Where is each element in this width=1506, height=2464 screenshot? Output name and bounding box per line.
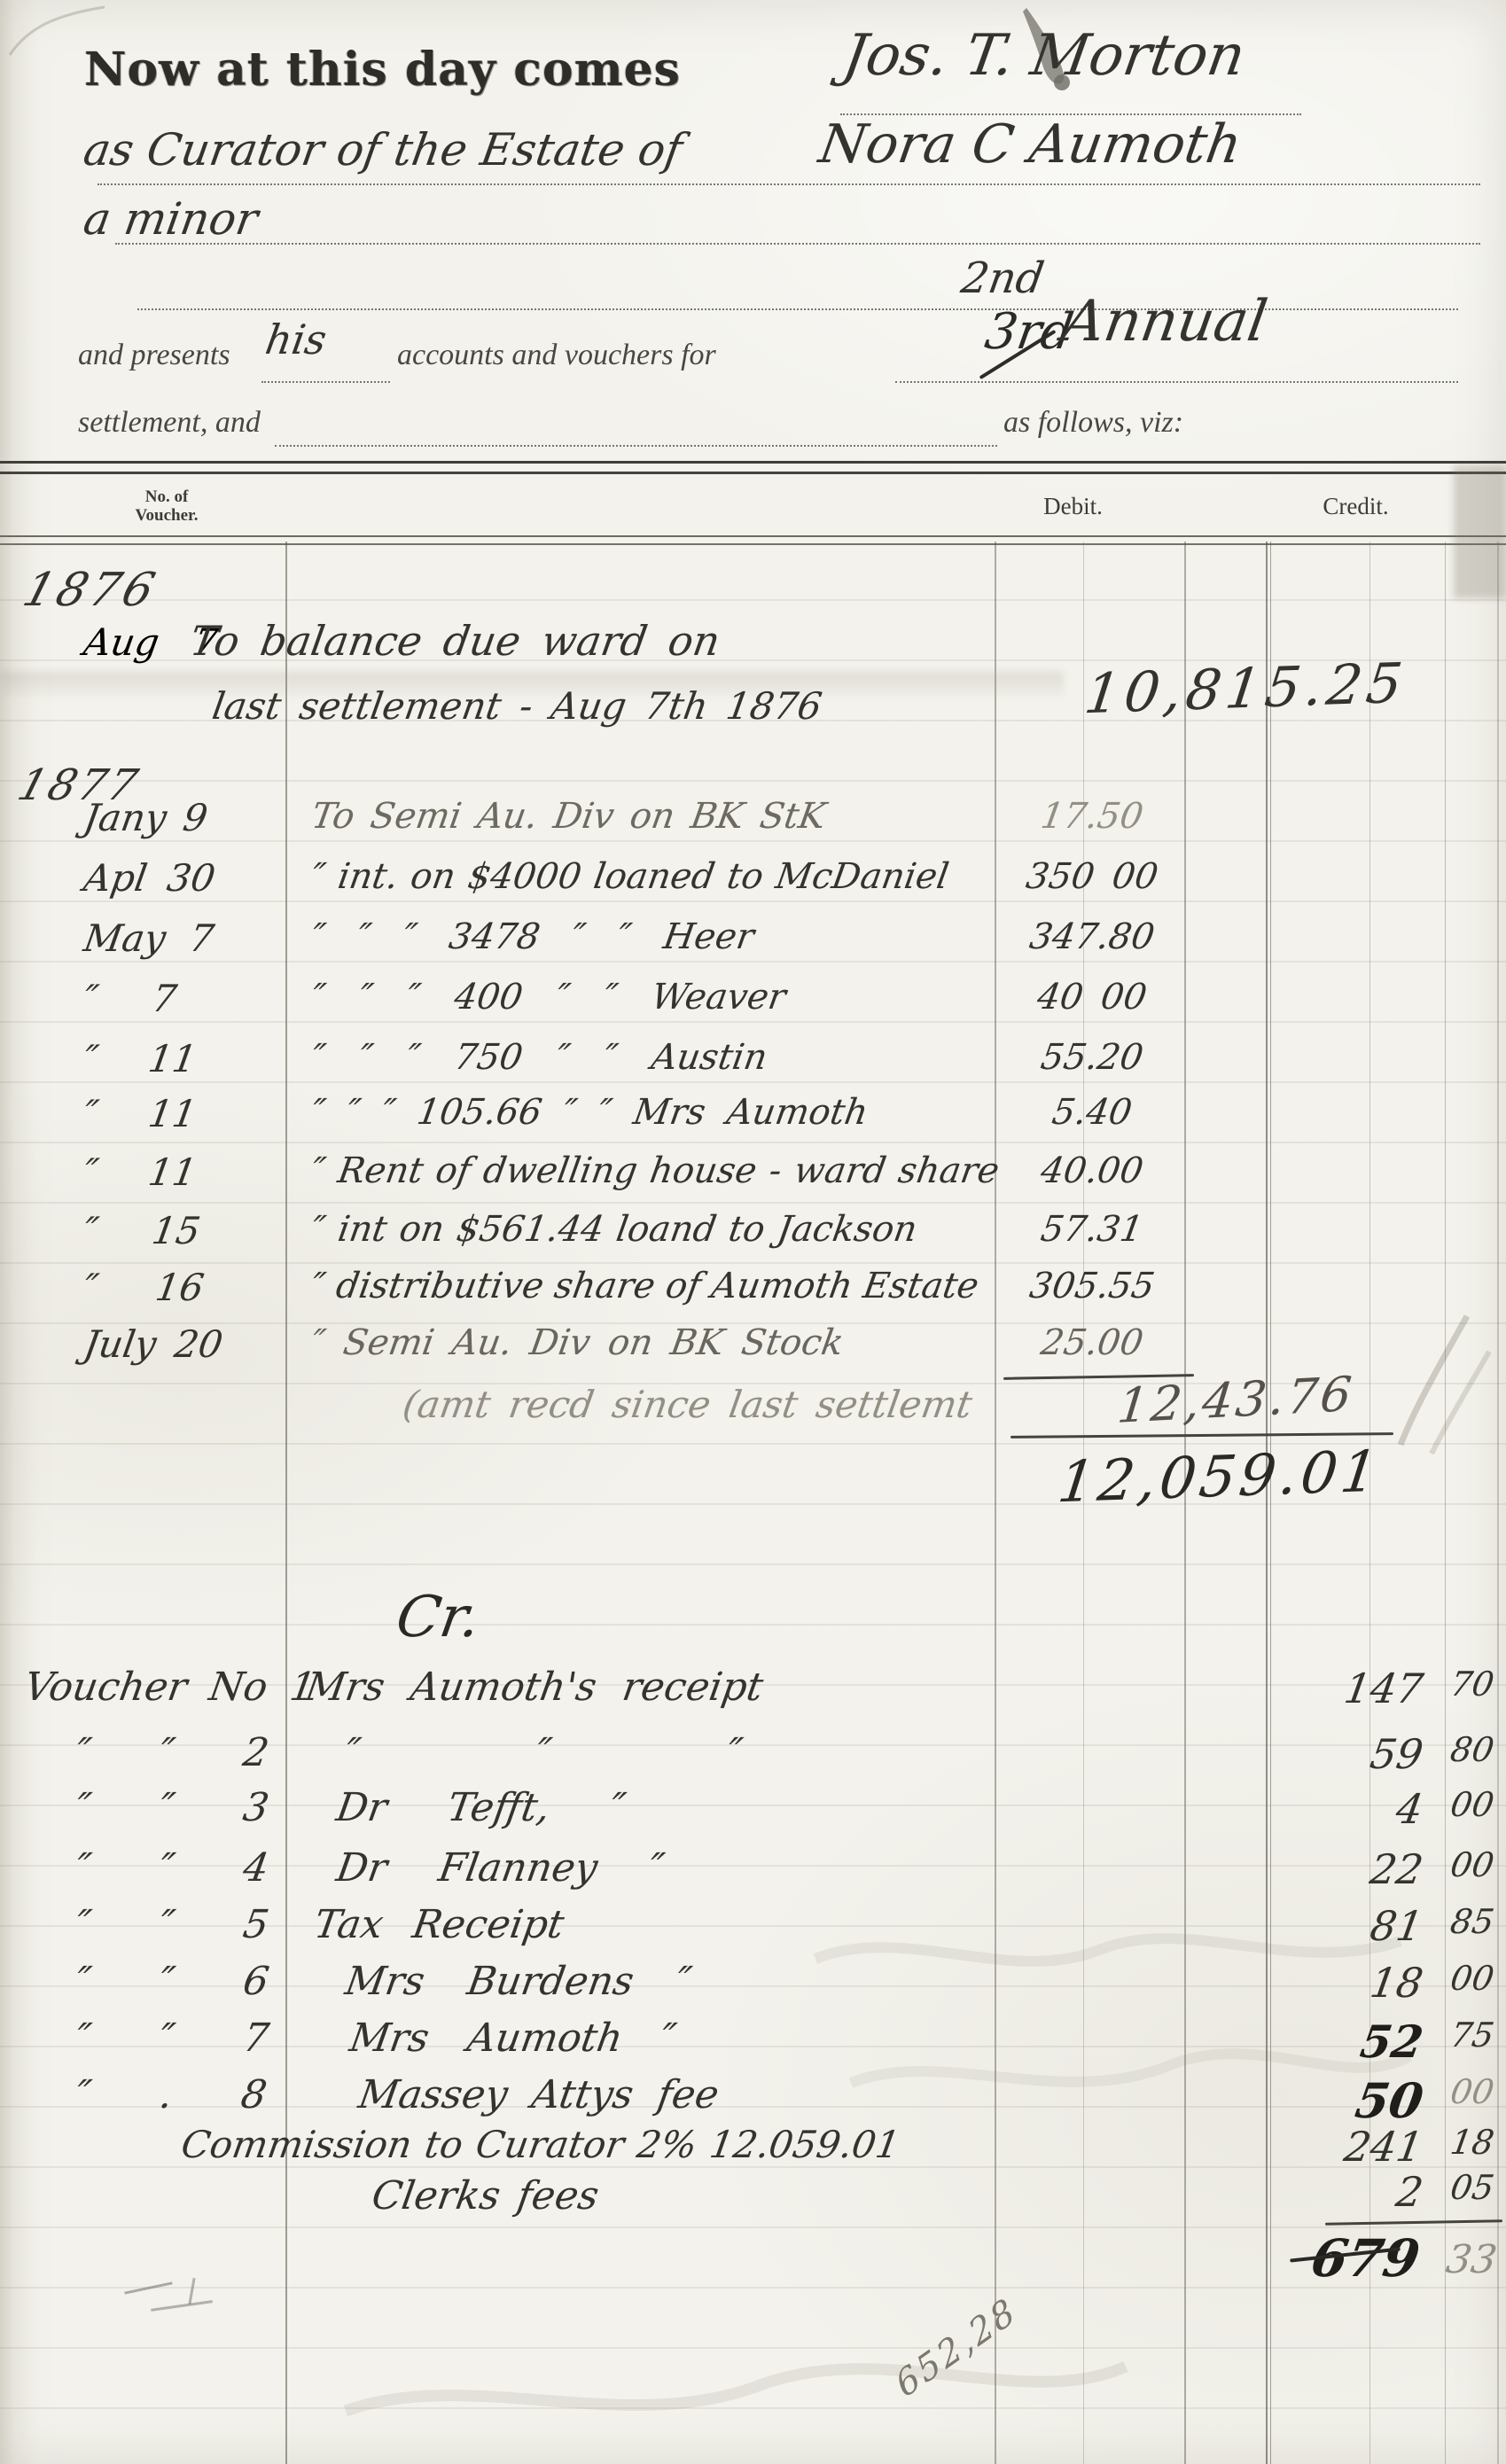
ledger-row: July 20 ″ Semi Au. Div on BK Stock 25.00 bbox=[0, 1322, 1506, 1376]
debit-amount-cell: 40.00 bbox=[995, 1150, 1189, 1191]
credit-dollars-cell: 147 bbox=[1264, 1665, 1427, 1712]
voucher-row: ″ ″ 7 Mrs Aumoth ″ 52 75 bbox=[0, 2016, 1506, 2069]
table-header-bottom-rule bbox=[0, 535, 1506, 545]
pencil-scribble bbox=[151, 2300, 213, 2312]
description-cell: ″ int. on $4000 loaned to McDaniel bbox=[308, 856, 1006, 897]
description-cell: ″ ″ ″ 400 ″ ″ Weaver bbox=[308, 977, 1006, 1018]
clerks-fees-label: Clerks fees bbox=[369, 2173, 602, 2218]
voucher-number-cell: ″ ″ 4 bbox=[21, 1845, 346, 1891]
voucher-header-line1: No. of bbox=[96, 487, 238, 506]
credit-cents-cell: 85 bbox=[1439, 1902, 1506, 1941]
form-rule-dotted bbox=[115, 243, 1480, 245]
date-cell: ″ 15 bbox=[81, 1209, 287, 1252]
ledger-row: ″ 15 ″ int on $561.44 loand to Jackson 5… bbox=[0, 1209, 1506, 1262]
debit-total-amount: 12,059.01 bbox=[1055, 1439, 1385, 1517]
voucher-row: ″ ″ 2 ″ ″ ″ 59 80 bbox=[0, 1730, 1506, 1783]
credit-dollars-cell: 241 bbox=[1264, 2123, 1427, 2171]
pencil-scribble bbox=[124, 2281, 172, 2294]
form-rule-dotted bbox=[275, 445, 997, 447]
ordinal-correction: 2nd bbox=[958, 253, 1048, 303]
description-cell: Tax Receipt bbox=[302, 1902, 956, 1947]
pencil-scribble bbox=[188, 2278, 195, 2304]
credit-column-header: Credit. bbox=[1296, 493, 1416, 520]
credit-cents-cell: 18 bbox=[1439, 2123, 1506, 2162]
voucher-row: ″ ″ 5 Tax Receipt 81 85 bbox=[0, 1902, 1506, 1955]
debit-amount-cell: 55.20 bbox=[995, 1037, 1189, 1078]
date-cell: ″ 11 bbox=[81, 1037, 287, 1080]
credit-section-heading: Cr. bbox=[392, 1585, 485, 1650]
ledger-row: Apl 30 ″ int. on $4000 loaned to McDanie… bbox=[0, 856, 1506, 909]
credit-dollars-cell: 50 bbox=[1263, 2072, 1427, 2129]
voucher-header-line2: Voucher. bbox=[96, 506, 238, 525]
voucher-number-cell: ″ . 8 bbox=[21, 2072, 346, 2117]
minor-note: a minor bbox=[80, 193, 261, 245]
description-cell: ″ distributive share of Aumoth Estate bbox=[308, 1266, 1006, 1306]
description-cell: ″ int on $561.44 loand to Jackson bbox=[308, 1209, 1006, 1250]
curator-name-handwritten: Jos. T. Morton bbox=[839, 23, 1250, 89]
clerks-fees-row: Clerks fees 2 05 bbox=[0, 2173, 1506, 2226]
description-cell: Mrs Aumoth ″ bbox=[302, 2016, 992, 2061]
credit-dollars-cell: 2 bbox=[1264, 2168, 1427, 2216]
voucher-number-cell: ″ ″ 2 bbox=[21, 1730, 346, 1775]
voucher-row: ″ . 8 Massey Attys fee 50 00 bbox=[0, 2072, 1506, 2125]
credit-cents-cell: 05 bbox=[1439, 2168, 1506, 2207]
credit-cents-cell: 00 bbox=[1439, 1845, 1506, 1884]
debit-amount-cell: 350 00 bbox=[995, 856, 1189, 897]
curator-role-line: as Curator of the Estate of bbox=[80, 124, 685, 175]
form-rule-dotted bbox=[98, 183, 1480, 185]
voucher-row: ″ ″ 3 Dr Tefft, ″ 4 00 bbox=[0, 1785, 1506, 1838]
date-cell: Apl 30 bbox=[81, 856, 287, 900]
date-cell: ″ 16 bbox=[81, 1266, 287, 1309]
credit-cents-cell: 00 bbox=[1439, 1785, 1506, 1824]
description-cell: Mrs Burdens ″ bbox=[302, 1959, 987, 2004]
printed-settlement-text: settlement, and bbox=[78, 406, 261, 440]
debit-amount-cell: 305.55 bbox=[995, 1266, 1189, 1306]
ledger-row: May 7 ″ ″ ″ 3478 ″ ″ Heer 347.80 bbox=[0, 916, 1506, 970]
voucher-number-cell: ″ ″ 6 bbox=[21, 1959, 346, 2004]
description-cell: To Semi Au. Div on BK StK bbox=[308, 796, 1006, 837]
description-cell: Massey Attys fee bbox=[302, 2072, 1001, 2117]
form-rule-dotted bbox=[261, 381, 390, 383]
debit-amount-large: 10,815.25 bbox=[1081, 651, 1410, 727]
voucher-row: ″ ″ 4 Dr Flanney ″ 22 00 bbox=[0, 1845, 1506, 1899]
voucher-number-cell: Voucher No 1 bbox=[21, 1665, 294, 1710]
table-top-rule bbox=[0, 461, 1506, 474]
debit-column-header: Debit. bbox=[1018, 493, 1128, 520]
debit-amount-cell: 5.40 bbox=[995, 1092, 1189, 1133]
ledger-row: Jany 9 To Semi Au. Div on BK StK 17.50 bbox=[0, 796, 1506, 849]
ledger-page: Now at this day comes Jos. T. Morton as … bbox=[0, 0, 1506, 2464]
debit-amount-cell: 57.31 bbox=[995, 1209, 1189, 1250]
credit-dollars-cell: 52 bbox=[1263, 2016, 1426, 2068]
description-cell: Mrs Aumoth's receipt bbox=[302, 1665, 948, 1710]
credit-cents-cell: 80 bbox=[1439, 1730, 1506, 1769]
voucher-row: ″ ″ 6 Mrs Burdens ″ 18 00 bbox=[0, 1959, 1506, 2012]
credit-cents-cell: 00 bbox=[1439, 2072, 1506, 2111]
voucher-number-cell: ″ ″ 3 bbox=[21, 1785, 346, 1830]
printed-heading: Now at this day comes bbox=[84, 43, 681, 97]
ledger-row: ″ 11 ″ Rent of dwelling house - ward sha… bbox=[0, 1150, 1506, 1204]
form-rule-dotted bbox=[895, 381, 1458, 383]
credit-dollars-cell: 59 bbox=[1264, 1730, 1427, 1778]
description-cell: ″ ″ ″ 105.66 ″ ″ Mrs Aumoth bbox=[308, 1092, 1006, 1133]
year-label-1876: 1876 bbox=[17, 564, 164, 617]
voucher-row: Voucher No 1 Mrs Aumoth's receipt 147 70 bbox=[0, 1665, 1506, 1718]
subtotal-label: (amt recd since last settlemt bbox=[400, 1383, 975, 1426]
pencil-margin-note: 652,28 bbox=[889, 2289, 1024, 2406]
debit-amount-cell: 40 00 bbox=[995, 977, 1189, 1018]
annual-handwritten: Annual bbox=[1058, 289, 1271, 355]
debit-amount-cell: 17.50 bbox=[995, 796, 1189, 837]
description-cell: ″ ″ ″ 750 ″ ″ Austin bbox=[308, 1037, 1006, 1078]
date-cell: Jany 9 bbox=[81, 796, 287, 839]
printed-presents-text: and presents bbox=[78, 339, 230, 372]
description-cell: Dr Flanney ″ bbox=[302, 1845, 979, 1891]
description-cell: ″ Semi Au. Div on BK Stock bbox=[308, 1322, 1006, 1363]
description-cell: ″ ″ ″ 3478 ″ ″ Heer bbox=[308, 916, 1006, 957]
his-handwritten: his bbox=[262, 316, 331, 363]
description-cell: ″ Rent of dwelling house - ward share bbox=[308, 1150, 1006, 1191]
printed-vouchers-text: accounts and vouchers for bbox=[397, 339, 716, 372]
debit-amount-cell: 25.00 bbox=[995, 1322, 1189, 1363]
description-cell-line2: last settlement - Aug 7th 1876 bbox=[209, 684, 824, 728]
description-cell: To balance due ward on bbox=[187, 617, 723, 665]
voucher-number-cell: ″ ″ 7 bbox=[21, 2016, 346, 2061]
voucher-column-header: No. of Voucher. bbox=[96, 487, 238, 525]
commission-label: Commission to Curator 2% 12.059.01 bbox=[178, 2123, 903, 2166]
credit-cents-cell: 70 bbox=[1439, 1665, 1506, 1704]
voucher-number-cell: ″ ″ 5 bbox=[21, 1902, 346, 1947]
ledger-row: ″ 16 ″ distributive share of Aumoth Esta… bbox=[0, 1266, 1506, 1319]
credit-dollars-cell: 4 bbox=[1264, 1785, 1427, 1833]
date-cell: July 20 bbox=[81, 1322, 287, 1366]
credit-dollars-cell: 81 bbox=[1264, 1902, 1427, 1950]
credit-dollars-cell: 18 bbox=[1264, 1959, 1427, 2007]
date-cell: ″ 7 bbox=[81, 977, 287, 1020]
description-cell: ″ ″ ″ bbox=[302, 1730, 987, 1775]
ledger-row: ″ 11 ″ ″ ″ 750 ″ ″ Austin 55.20 bbox=[0, 1037, 1506, 1090]
date-cell: May 7 bbox=[81, 916, 287, 960]
credit-dollars-cell: 22 bbox=[1264, 1845, 1427, 1893]
credit-total-cents: 33 bbox=[1443, 2237, 1500, 2282]
debit-amount-cell: 347.80 bbox=[995, 916, 1189, 957]
date-cell: ″ 11 bbox=[81, 1092, 287, 1135]
sum-underline bbox=[1011, 1432, 1393, 1439]
credit-cents-cell: 00 bbox=[1439, 1959, 1506, 1998]
ledger-row: ″ 7 ″ ″ ″ 400 ″ ″ Weaver 40 00 bbox=[0, 977, 1506, 1030]
date-cell: ″ 11 bbox=[81, 1150, 287, 1194]
subtotal-amount: 12,43.76 bbox=[1115, 1366, 1357, 1434]
ledger-row: ″ 11 ″ ″ ″ 105.66 ″ ″ Mrs Aumoth 5.40 bbox=[0, 1092, 1506, 1145]
printed-as-follows-text: as follows, viz: bbox=[1003, 406, 1183, 440]
credit-cents-cell: 75 bbox=[1439, 2016, 1506, 2055]
description-cell: Dr Tefft, ″ bbox=[302, 1785, 979, 1830]
estate-name-handwritten: Nora C Aumoth bbox=[815, 113, 1245, 175]
